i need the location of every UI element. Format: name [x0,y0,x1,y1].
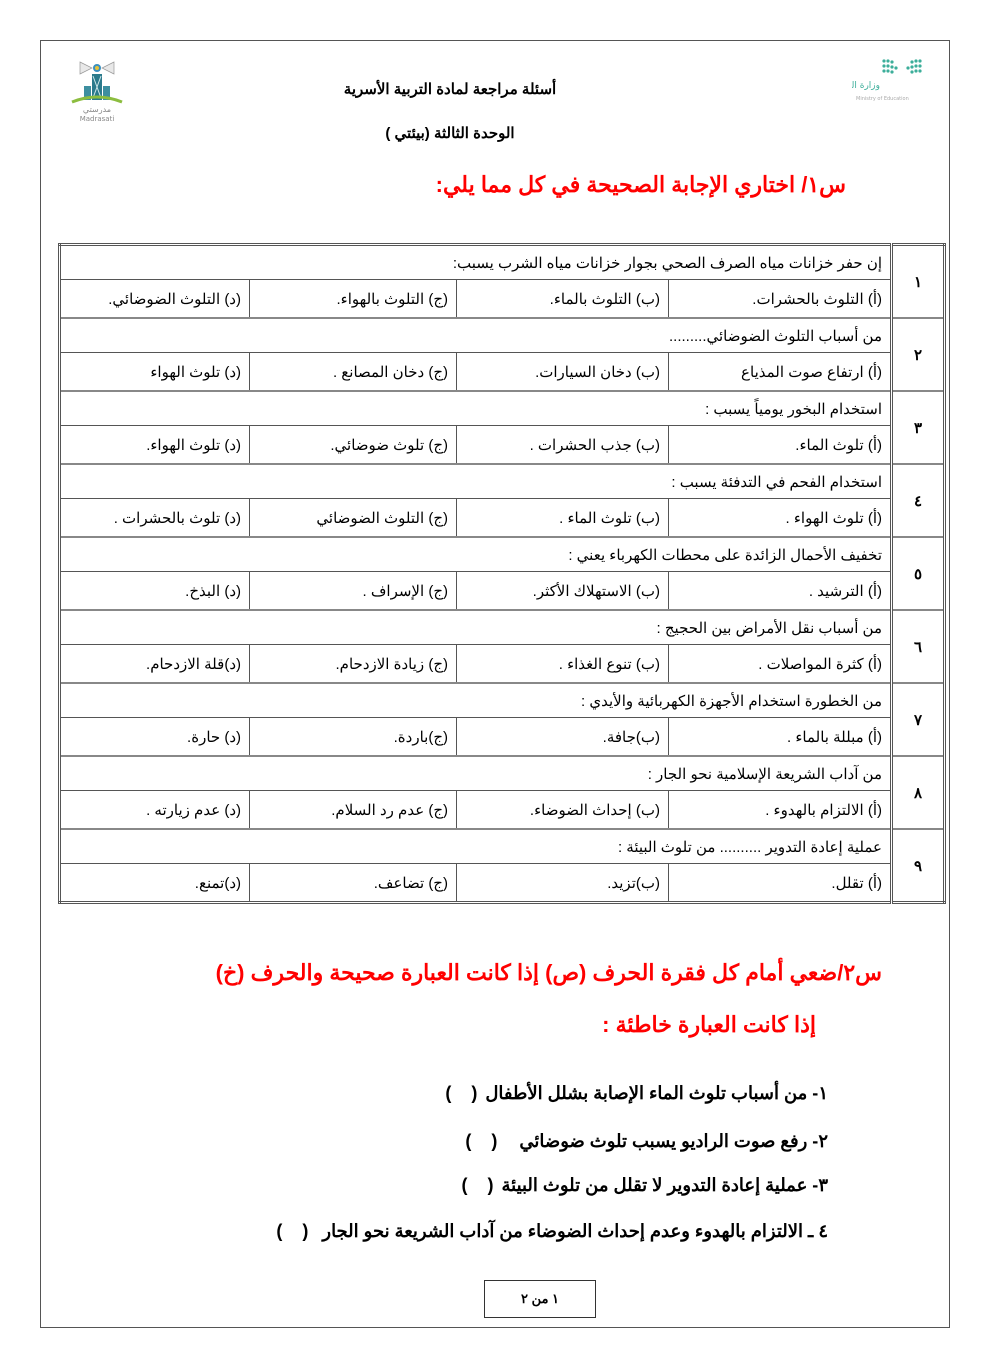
question-row: ٥تخفيف الأحمال الزائدة على محطات الكهربا… [60,537,945,572]
question-stem: تخفيف الأحمال الزائدة على محطات الكهرباء… [60,537,892,572]
answer-blank[interactable]: ( ) [445,1083,477,1103]
question-number: ٤ [892,464,945,537]
option-c[interactable]: (ج) تضاعف. [250,864,457,903]
option-d[interactable]: (د) التلوث الضوضائي. [60,280,250,319]
option-b[interactable]: (ب) التلوث بالماء. [457,280,669,319]
question-stem: استخدام البخور يومياً يسبب : [60,391,892,426]
option-a[interactable]: (أ) الالتزام بالهدوء . [669,791,892,830]
question-number: ٩ [892,829,945,903]
answer-blank[interactable]: ( ) [461,1175,493,1195]
options-row: (أ) تلوث الماء.(ب) جذب الحشرات .(ج) تلوث… [60,426,945,465]
question-stem: إن حفر خزانات مياه الصرف الصحي بجوار خزا… [60,245,892,280]
question-number: ٦ [892,610,945,683]
option-a[interactable]: (أ) الترشيد . [669,572,892,611]
option-c[interactable]: (ج) زيادة الازدحام. [250,645,457,684]
true-false-item-2: ٢- رفع صوت الراديو يسبب تلوث ضوضائي( ) [465,1110,838,1152]
question-stem: من الخطورة استخدام الأجهزة الكهربائية وا… [60,683,892,718]
option-d[interactable]: (د)قلة الازدحام. [60,645,250,684]
question-number: ٣ [892,391,945,464]
question-row: ٦من أسباب نقل الأمراض بين الحجيج : [60,610,945,645]
statement-text: ٣- عملية إعادة التدوير لا تقلل من تلوث ا… [501,1175,828,1195]
option-a[interactable]: (أ) مبللة بالماء . [669,718,892,757]
option-d[interactable]: (د) تلوث الهواء [60,353,250,392]
options-row: (أ) كثرة المواصلات .(ب) تنوع الغذاء .(ج)… [60,645,945,684]
option-d[interactable]: (د) تلوث بالحشرات . [60,499,250,538]
options-row: (أ) الالتزام بالهدوء .(ب) إحداث الضوضاء.… [60,791,945,830]
option-d[interactable]: (د) تلوث الهواء. [60,426,250,465]
question-stem: استخدام الفحم في التدفئة يسبب : [60,464,892,499]
question-number: ٥ [892,537,945,610]
true-false-item-1: ١- من أسباب تلوث الماء الإصابة بشلل الأط… [445,1062,838,1104]
options-row: (أ) الترشيد .(ب) الاستهلاك الأكثر.(ج) ال… [60,572,945,611]
true-false-item-4: ٤ ـ الالتزام بالهدوء وعدم إحداث الضوضاء … [276,1200,838,1242]
options-row: (أ) تلوث الهواء .(ب) تلوث الماء .(ج) الت… [60,499,945,538]
svg-text:Ministry of Education: Ministry of Education [856,96,909,102]
option-b[interactable]: (ب) إحداث الضوضاء. [457,791,669,830]
answer-blank[interactable]: ( ) [276,1221,308,1241]
option-d[interactable]: (د) عدم زيارته . [60,791,250,830]
page-indicator: ١ من ٢ [484,1280,596,1318]
option-c[interactable]: (ج) الإسراف . [250,572,457,611]
options-row: (أ) التلوث بالحشرات.(ب) التلوث بالماء.(ج… [60,280,945,319]
question-stem: من أسباب نقل الأمراض بين الحجيج : [60,610,892,645]
option-a[interactable]: (أ) تلوث الهواء . [669,499,892,538]
ministry-of-education-logo-icon: وزارة التعليم Ministry of Education [852,56,942,106]
statement-text: ٤ ـ الالتزام بالهدوء وعدم إحداث الضوضاء … [322,1221,828,1241]
question-row: ٩عملية إعادة التدوير .......... من تلوث … [60,829,945,864]
question-row: ٧من الخطورة استخدام الأجهزة الكهربائية و… [60,683,945,718]
option-d[interactable]: (د) البذخ. [60,572,250,611]
svg-text:مدرستي: مدرستي [83,105,111,114]
option-b[interactable]: (ب) تنوع الغذاء . [457,645,669,684]
question-stem: من أسباب التلوث الضوضائي......... [60,318,892,353]
option-c[interactable]: (ج) تلوث ضوضائي. [250,426,457,465]
option-b[interactable]: (ب)تزيد. [457,864,669,903]
option-b[interactable]: (ب) جذب الحشرات . [457,426,669,465]
multiple-choice-table: ١إن حفر خزانات مياه الصرف الصحي بجوار خز… [58,243,946,904]
question-stem: عملية إعادة التدوير .......... من تلوث ا… [60,829,892,864]
question-row: ٤استخدام الفحم في التدفئة يسبب : [60,464,945,499]
option-d[interactable]: (د) حارة. [60,718,250,757]
question-number: ١ [892,245,945,319]
options-row: (أ) تقلل.(ب)تزيد.(ج) تضاعف.(د)تمنع. [60,864,945,903]
question-2-heading-line-1: س٢/ضعي أمام كل فقرة الحرف (ص) إذا كانت ا… [216,960,882,986]
option-a[interactable]: (أ) ارتفاع صوت المذياع [669,353,892,392]
option-c[interactable]: (ج)باردة. [250,718,457,757]
option-b[interactable]: (ب) الاستهلاك الأكثر. [457,572,669,611]
question-stem: من آداب الشريعة الإسلامية نحو الجار : [60,756,892,791]
question-1-heading: س١/ اختاري الإجابة الصحيحة في كل مما يلي… [436,172,846,198]
option-c[interactable]: (ج) عدم رد السلام. [250,791,457,830]
option-c[interactable]: (ج) التلوث الضوضائي [250,499,457,538]
option-b[interactable]: (ب)جافة. [457,718,669,757]
statement-text: ٢- رفع صوت الراديو يسبب تلوث ضوضائي [519,1131,828,1151]
question-number: ٧ [892,683,945,756]
option-a[interactable]: (أ) تلوث الماء. [669,426,892,465]
question-number: ٨ [892,756,945,829]
question-row: ١إن حفر خزانات مياه الصرف الصحي بجوار خز… [60,245,945,280]
statement-text: ١- من أسباب تلوث الماء الإصابة بشلل الأط… [485,1083,828,1103]
madrasati-logo-icon: مدرستي Madrasati [62,58,132,124]
svg-text:وزارة التعليم: وزارة التعليم [852,81,880,91]
true-false-item-3: ٣- عملية إعادة التدوير لا تقلل من تلوث ا… [461,1154,838,1196]
answer-blank[interactable]: ( ) [465,1131,497,1151]
option-b[interactable]: (ب) دخان السيارات. [457,353,669,392]
question-row: ٨من آداب الشريعة الإسلامية نحو الجار : [60,756,945,791]
option-c[interactable]: (ج) التلوث بالهواء. [250,280,457,319]
question-2-heading-line-2: إذا كانت العبارة خاطئة : [602,1012,816,1038]
svg-text:Madrasati: Madrasati [80,115,115,123]
option-b[interactable]: (ب) تلوث الماء . [457,499,669,538]
option-a[interactable]: (أ) التلوث بالحشرات. [669,280,892,319]
question-number: ٢ [892,318,945,391]
page-title: أسئلة مراجعة لمادة التربية الأسرية [250,80,650,98]
option-d[interactable]: (د)تمنع. [60,864,250,903]
question-row: ٢من أسباب التلوث الضوضائي......... [60,318,945,353]
option-c[interactable]: (ج) دخان المصانع . [250,353,457,392]
option-a[interactable]: (أ) تقلل. [669,864,892,903]
option-a[interactable]: (أ) كثرة المواصلات . [669,645,892,684]
question-row: ٣استخدام البخور يومياً يسبب : [60,391,945,426]
unit-title: الوحدة الثالثة (بيئتي ) [250,124,650,142]
options-row: (أ) مبللة بالماء .(ب)جافة.(ج)باردة.(د) ح… [60,718,945,757]
options-row: (أ) ارتفاع صوت المذياع(ب) دخان السيارات.… [60,353,945,392]
